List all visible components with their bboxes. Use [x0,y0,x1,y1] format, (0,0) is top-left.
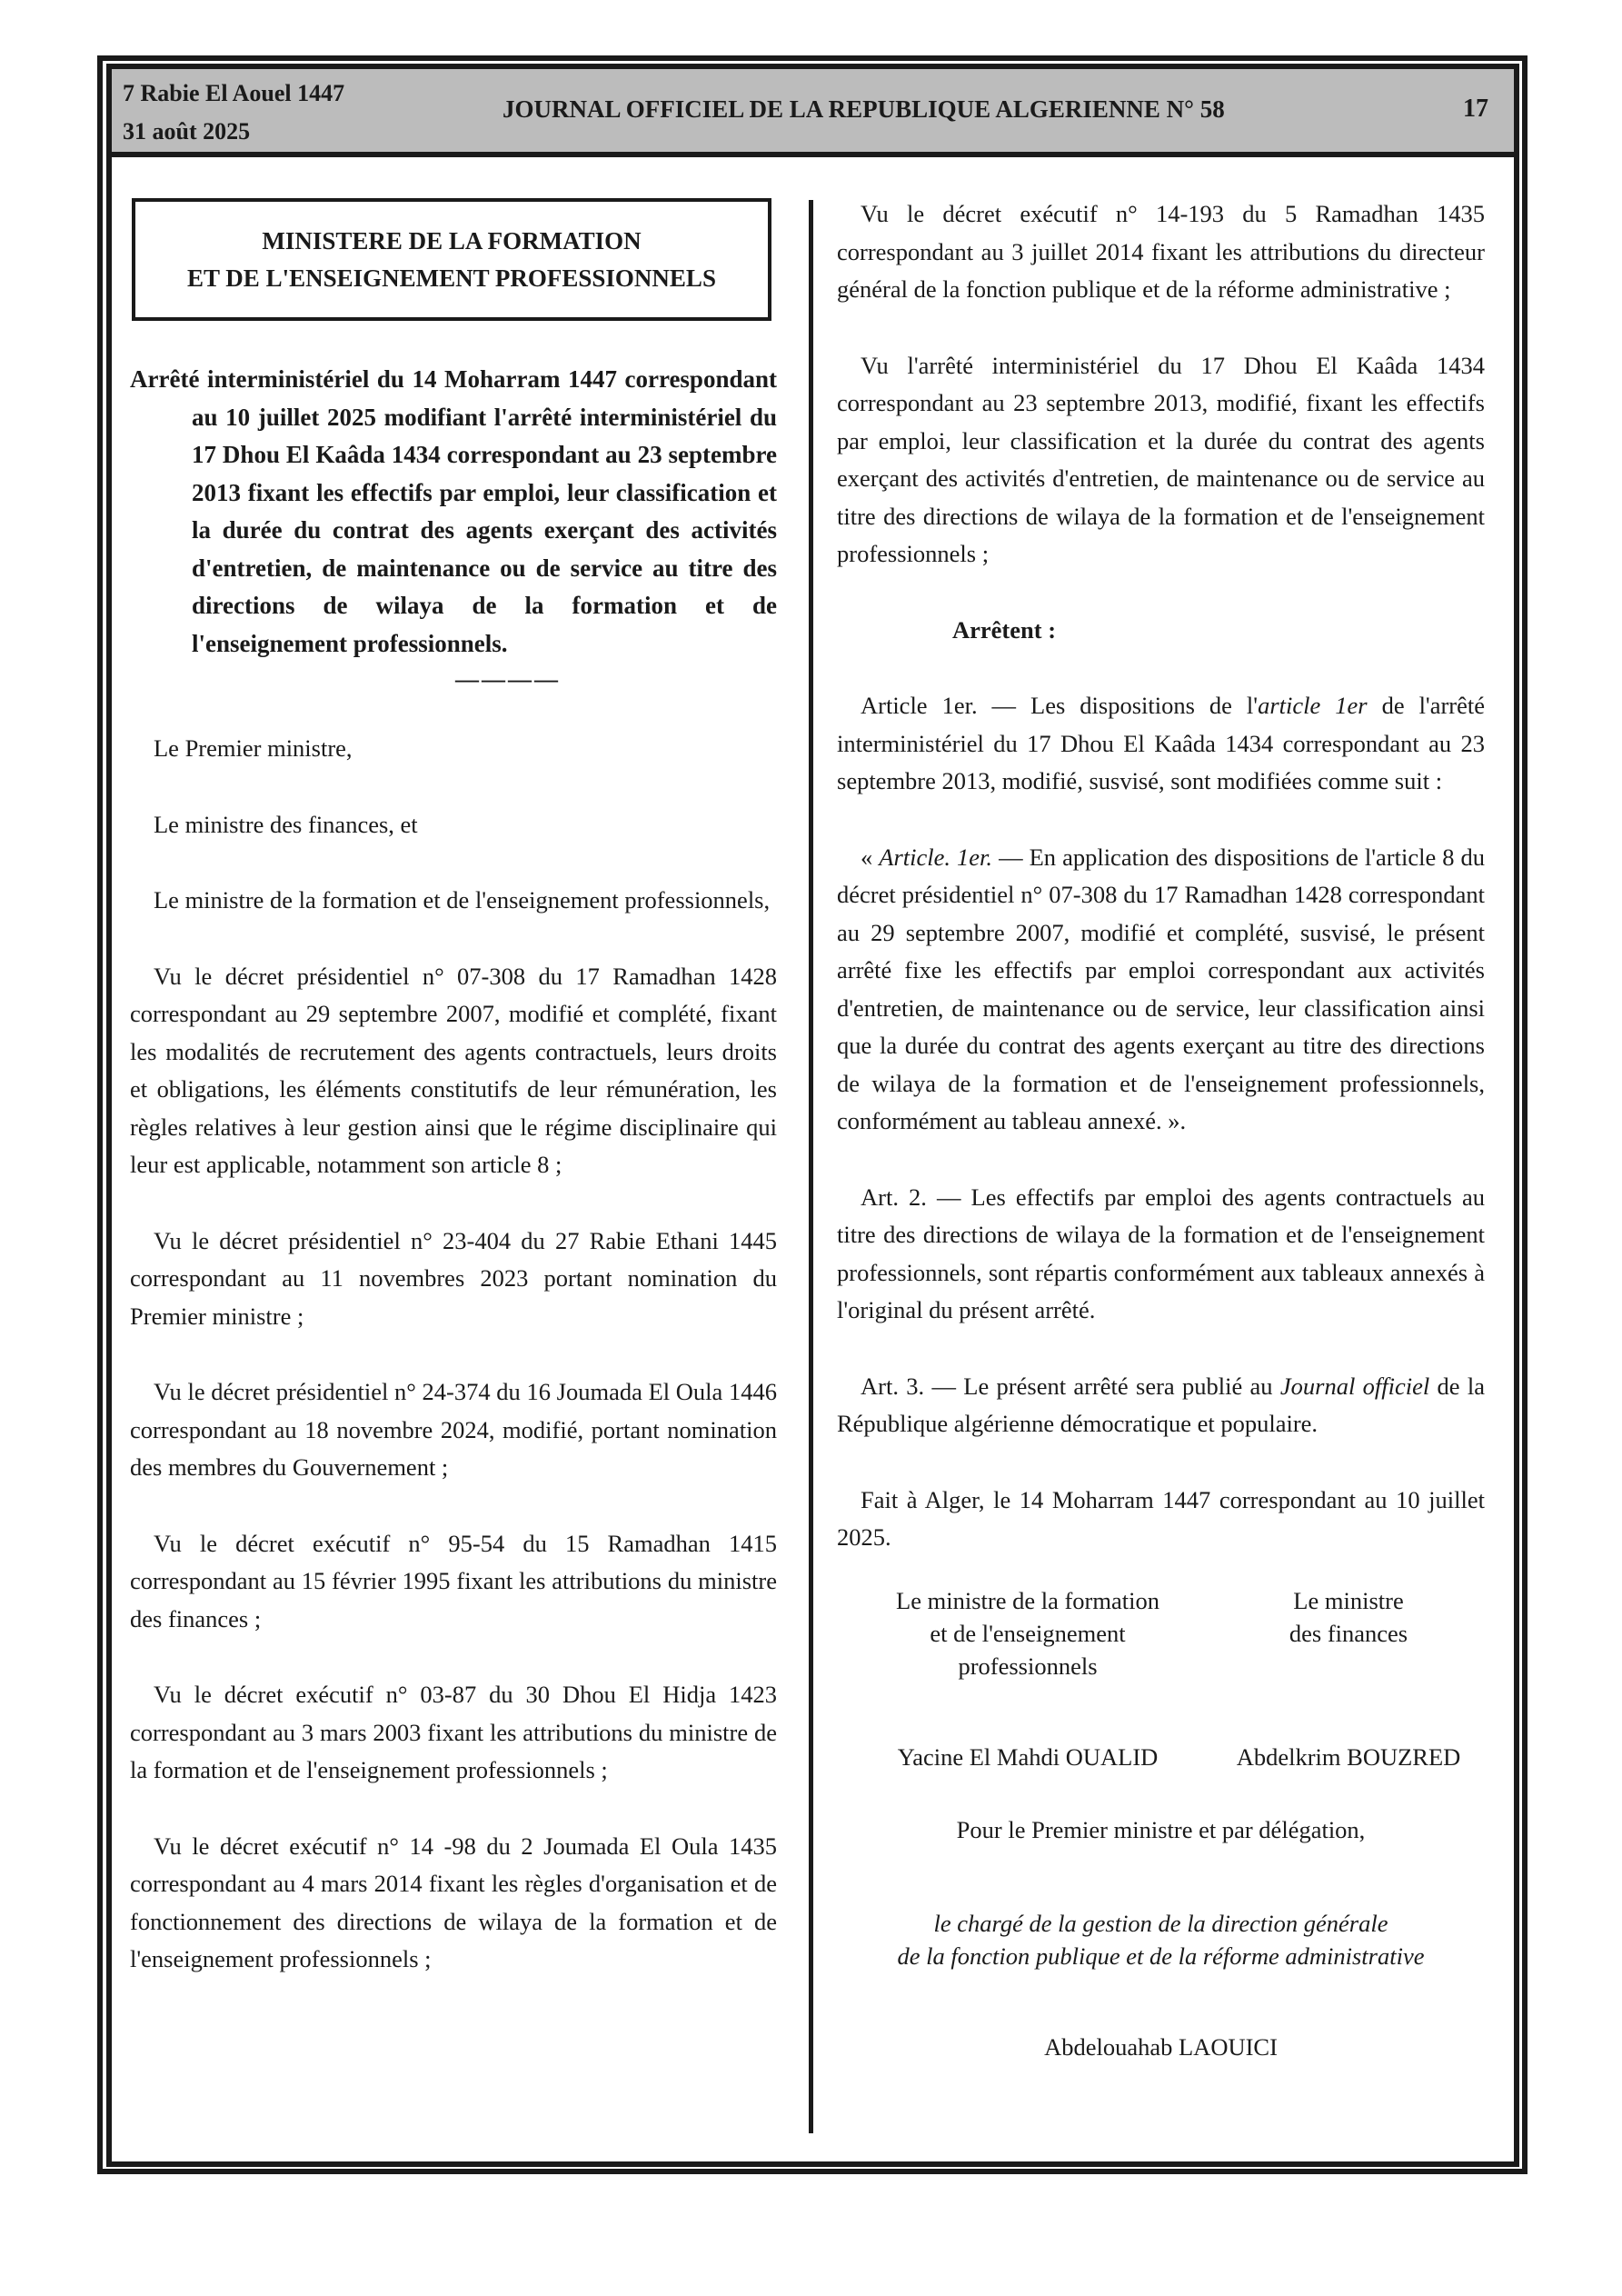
signatory-left-title: Le ministre de la formation et de l'ense… [864,1584,1191,1682]
delegate-title: le chargé de la gestion de la direction … [837,1907,1485,1972]
delegation-line: Pour le Premier ministre et par délégati… [837,1812,1485,1850]
visa-paragraph: Vu le décret présidentiel n° 23-404 du 2… [130,1223,777,1336]
article-3: Art. 3. — Le présent arrêté sera publié … [837,1368,1485,1443]
visa-paragraph: Vu le décret exécutif n° 03-87 du 30 Dho… [130,1676,777,1790]
journal-title: JOURNAL OFFICIEL DE LA REPUBLIQUE ALGERI… [503,91,1225,127]
article-3-lead: Art. 3. — Le présent arrêté sera publié … [861,1373,1280,1400]
quote-article-label: Article. 1er. [879,844,992,871]
ministry-heading-line2: ET DE L'ENSEIGNEMENT PROFESSIONNELS [187,260,716,297]
article-1-italic-ref: article 1er [1258,692,1368,719]
ministry-heading-line1: MINISTERE DE LA FORMATION [262,223,641,260]
journal-header: 7 Rabie El Aouel 1447 31 août 2025 JOURN… [112,69,1514,157]
header-dates: 7 Rabie El Aouel 1447 31 août 2025 [123,75,344,151]
preamble-premier-ministre: Le Premier ministre, [130,730,777,768]
title-line: et de l'enseignement [864,1617,1191,1650]
signatory-right-title: Le ministre des finances [1212,1584,1485,1682]
fait-a-alger: Fait à Alger, le 14 Moharram 1447 corres… [837,1482,1485,1557]
visa-paragraph: Vu le décret présidentiel n° 07-308 du 1… [130,958,777,1184]
right-column: Vu le décret exécutif n° 14-193 du 5 Ram… [837,195,1485,2067]
left-column: MINISTERE DE LA FORMATION ET DE L'ENSEIG… [130,195,777,1979]
section-separator: ———— [130,668,777,692]
decree-title: Arrêté interministériel du 14 Moharram 1… [130,361,777,663]
signatory-left-name: Yacine El Mahdi OUALID [864,1741,1191,1773]
title-line: professionnels [864,1650,1191,1682]
article-1: Article 1er. — Les dispositions de l'art… [837,687,1485,801]
title-line: des finances [1212,1617,1485,1650]
signatories-names: Yacine El Mahdi OUALID Abdelkrim BOUZRED [837,1741,1485,1773]
visa-paragraph: Vu l'arrêté interministériel du 17 Dhou … [837,347,1485,574]
visa-paragraph: Vu le décret exécutif n° 14-193 du 5 Ram… [837,195,1485,309]
preamble-ministre-formation: Le ministre de la formation et de l'ense… [130,882,777,920]
signatories-titles: Le ministre de la formation et de l'ense… [837,1584,1485,1682]
header-date-hijri: 7 Rabie El Aouel 1447 [123,75,344,113]
signatory-right-name: Abdelkrim BOUZRED [1212,1741,1485,1773]
article-2: Art. 2. — Les effectifs par emploi des a… [837,1179,1485,1330]
column-divider [809,200,813,2133]
delegate-name: Abdelouahab LAOUICI [837,2029,1485,2067]
preamble-ministre-finances: Le ministre des finances, et [130,806,777,844]
article-1-lead: Article 1er. — Les dispositions de l' [861,692,1258,719]
delegate-title-line: de la fonction publique et de la réforme… [837,1940,1485,1972]
quote-open: « [861,844,879,871]
visa-paragraph: Vu le décret exécutif n° 14 -98 du 2 Jou… [130,1828,777,1979]
ministry-heading-box: MINISTERE DE LA FORMATION ET DE L'ENSEIG… [132,198,771,321]
visa-paragraph: Vu le décret présidentiel n° 24-374 du 1… [130,1373,777,1487]
arretent-heading: Arrêtent : [837,612,1485,650]
delegate-title-line: le chargé de la gestion de la direction … [837,1907,1485,1940]
quote-rest: — En application des dispositions de l'a… [837,844,1485,1135]
title-line: Le ministre [1212,1584,1485,1617]
article-1-quoted-text: « Article. 1er. — En application des dis… [837,839,1485,1141]
title-line: Le ministre de la formation [864,1584,1191,1617]
header-date-gregorian: 31 août 2025 [123,113,344,151]
page-number: 17 [1463,91,1488,127]
visa-paragraph: Vu le décret exécutif n° 95-54 du 15 Ram… [130,1525,777,1639]
article-3-italic-ref: Journal officiel [1280,1373,1429,1400]
